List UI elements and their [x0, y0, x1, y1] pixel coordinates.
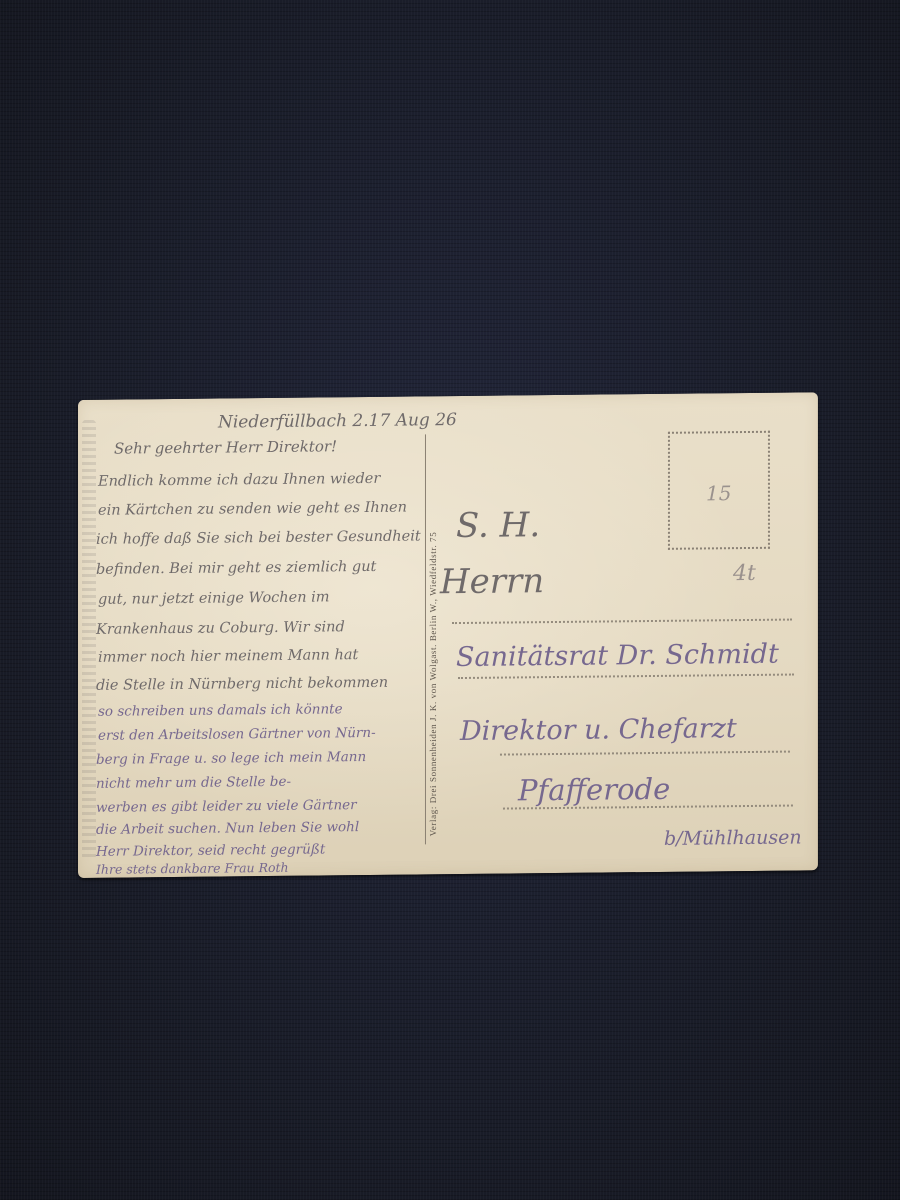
message-line: ich hoffe daß Sie sich bei bester Gesund… — [96, 528, 421, 547]
addressee-position: Direktor u. Chefarzt — [460, 713, 737, 747]
message-line: Endlich komme ich dazu Ihnen wieder — [98, 471, 380, 490]
message-line: die Stelle in Nürnberg nicht bekommen — [96, 675, 388, 694]
center-divider — [425, 434, 426, 844]
stamp-box: 15 — [668, 431, 770, 550]
addressee-name: Sanitätsrat Dr. Schmidt — [456, 639, 779, 673]
publisher-imprint: Verlag: Drei Sonnenheiden J. K. von Wolg… — [428, 532, 438, 837]
message-line: ein Kärtchen zu senden wie geht es Ihnen — [98, 500, 407, 519]
message-line: erst den Arbeitslosen Gärtner von Nürn- — [98, 725, 376, 744]
message-line: die Arbeit suchen. Nun leben Sie wohl — [96, 819, 359, 838]
address-line-1 — [452, 619, 792, 625]
stamp-box-note: 15 — [706, 481, 731, 505]
message-line: Herr Direktor, seid recht gegrüßt — [96, 841, 325, 859]
message-body: Endlich komme ich dazu Ihnen wieder ein … — [78, 392, 818, 400]
addressee-region: b/Mühlhausen — [664, 826, 802, 849]
corner-note: 4t — [733, 561, 756, 586]
margin-writing — [82, 420, 96, 860]
message-line: Ihre stets dankbare Frau Roth — [96, 860, 289, 877]
honorific: S. H. — [456, 505, 540, 546]
addressee-place: Pfafferode — [518, 772, 670, 808]
message-line: immer noch hier meinem Mann hat — [98, 647, 358, 666]
message-line: Krankenhaus zu Coburg. Wir sind — [96, 619, 345, 638]
postcard: Niederfüllbach 2.17 Aug 26 Sehr geehrter… — [78, 392, 818, 878]
message-line: nicht mehr um die Stelle be- — [96, 774, 291, 792]
message-line: gut, nur jetzt einige Wochen im — [98, 589, 330, 607]
message-line: befinden. Bei mir geht es ziemlich gut — [96, 559, 376, 578]
address-line-3 — [500, 751, 790, 756]
address-line-2 — [458, 674, 794, 680]
place-date: Niederfüllbach 2.17 Aug 26 — [218, 410, 457, 433]
addressee-title: Herrn — [440, 561, 544, 602]
salutation: Sehr geehrter Herr Direktor! — [114, 437, 337, 457]
message-line: so schreiben uns damals ich könnte — [98, 701, 343, 720]
message-line: berg in Frage u. so lege ich mein Mann — [96, 749, 366, 768]
message-line: werben es gibt leider zu viele Gärtner — [96, 797, 357, 816]
